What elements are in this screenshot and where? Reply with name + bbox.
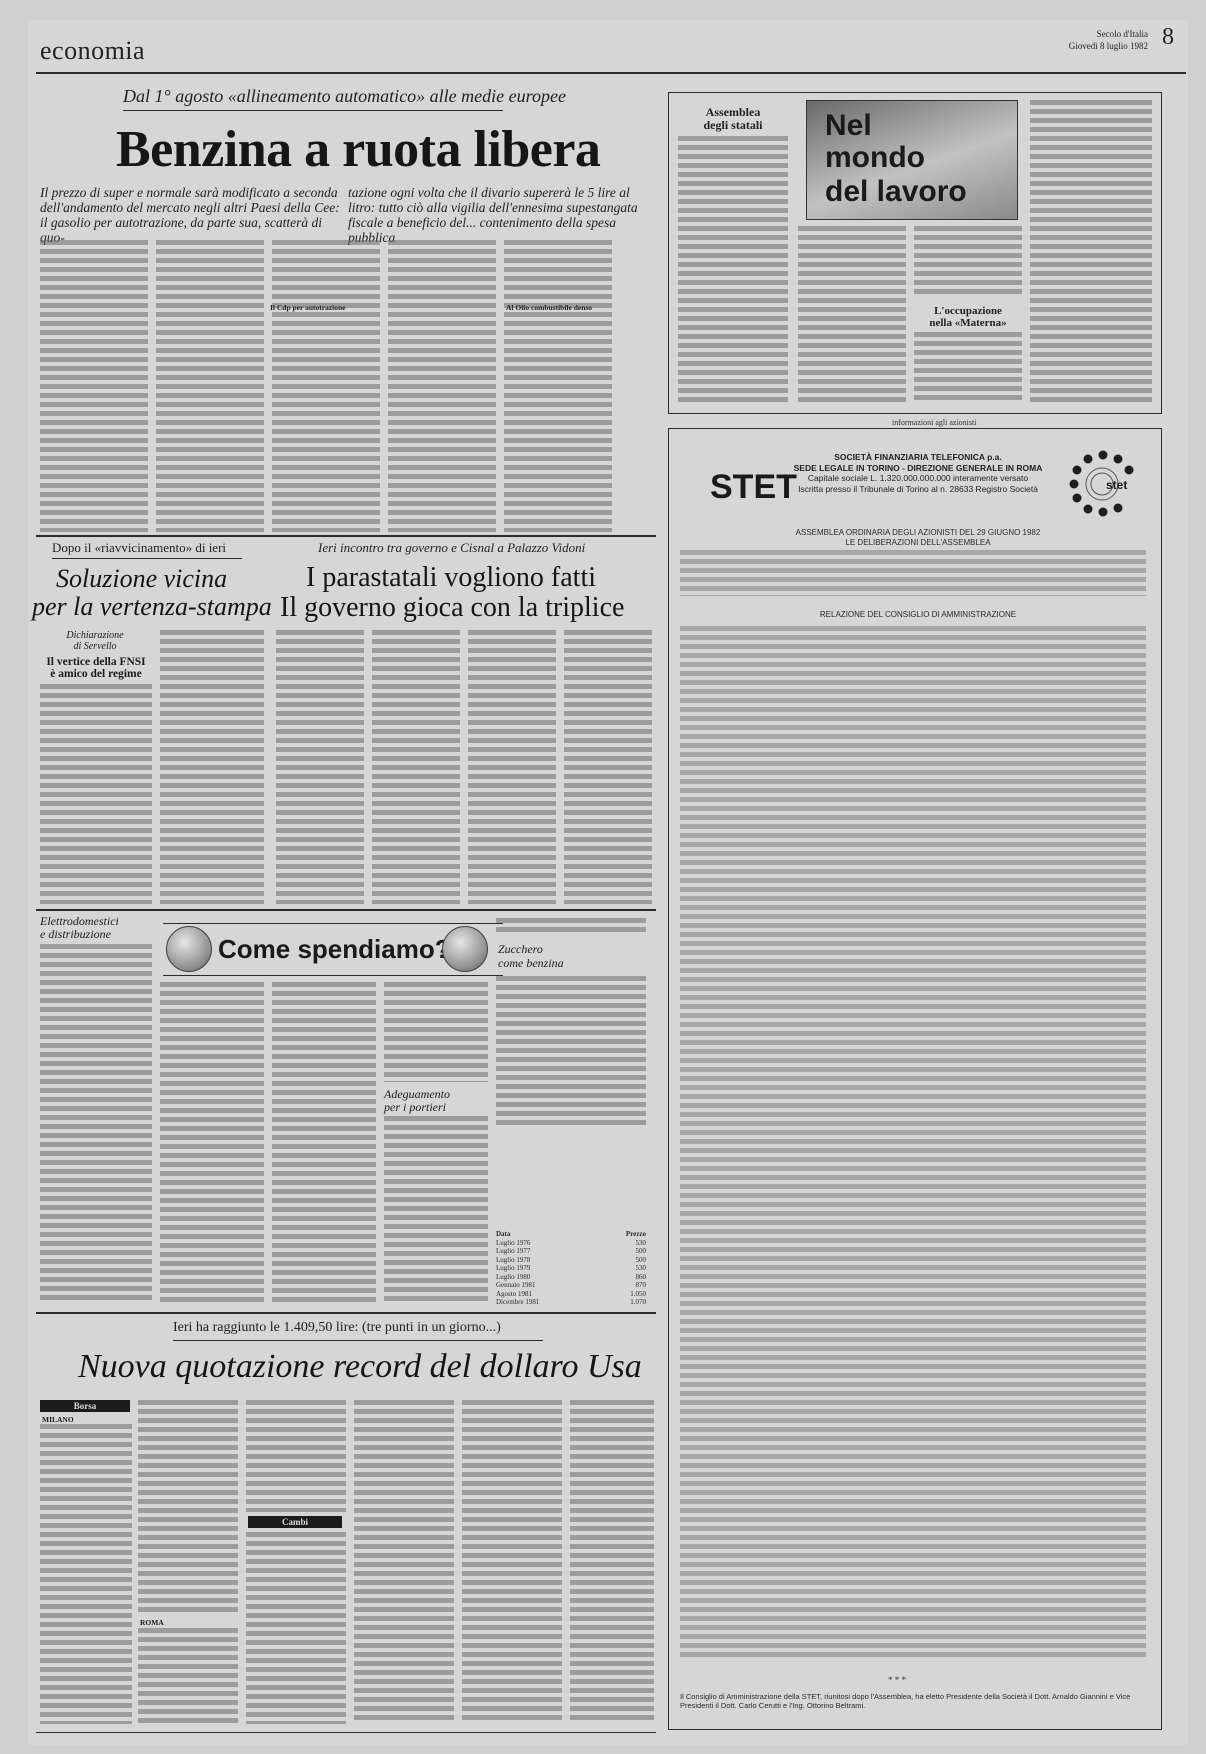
- feature-logo-image: Nel mondo del lavoro: [806, 100, 1018, 220]
- table-row: Agosto 19811.050: [496, 1290, 646, 1299]
- dollar-column-3a: [246, 1400, 346, 1512]
- press-headline-1: Soluzione vicina: [56, 564, 227, 594]
- press-headline-2: per la vertenza-stampa: [32, 592, 272, 622]
- parastatali-column-1: [276, 630, 364, 904]
- table-row: Dicembre 19811.070: [496, 1298, 646, 1307]
- labour-column-2: [798, 226, 906, 404]
- spending-title-rule-bottom: [163, 975, 503, 976]
- table-header: Data Prezzo: [496, 1230, 646, 1239]
- spending-title-rule-top: [163, 923, 503, 924]
- parastatali-column-4: [564, 630, 652, 904]
- separator: * * *: [888, 1675, 906, 1685]
- spending-column-4a: [384, 982, 488, 1082]
- dial-emblem-icon: [1068, 448, 1138, 518]
- press-sub-kicker: Dichiarazione di Servello: [40, 630, 150, 652]
- press-kicker-rule: [52, 558, 242, 559]
- masthead-rule: [36, 72, 1186, 74]
- meeting-title: ASSEMBLEA ORDINARIA DEGLI AZIONISTI DEL …: [708, 528, 1128, 548]
- cambi-tag: Cambi: [248, 1516, 342, 1528]
- spending-subhead-portieri: Adeguamento per i portieri: [384, 1088, 488, 1114]
- spending-column-2: [160, 982, 264, 1304]
- lead-column-2: [156, 240, 264, 532]
- press-kicker: Dopo il «riavvicinamento» di ieri: [52, 540, 226, 556]
- dollar-column-4: [354, 1400, 454, 1724]
- dollar-column-1: [40, 1424, 132, 1724]
- coin-icon: [442, 926, 488, 972]
- table-row: Luglio 1978500: [496, 1256, 646, 1265]
- dollar-column-5: [462, 1400, 562, 1724]
- section-rule: [36, 909, 656, 911]
- roma-dateline: ROMA: [140, 1618, 164, 1627]
- dollar-column-6: [570, 1400, 654, 1724]
- spending-column-1: [40, 944, 152, 1304]
- parastatali-headline-2: Il governo gioca con la triplice: [280, 592, 624, 624]
- lead-column-1: [40, 240, 148, 532]
- dollar-column-2: [138, 1400, 238, 1612]
- labour-column-3: [914, 226, 1022, 296]
- table-row: Luglio 1979530: [496, 1264, 646, 1273]
- press-column-1: [40, 684, 152, 904]
- lead-subhead-left: Il prezzo di super e normale sarà modifi…: [40, 185, 340, 245]
- dollar-headline: Nuova quotazione record del dollaro Usa: [78, 1348, 642, 1386]
- spending-title: Come spendiamo?: [218, 934, 451, 965]
- page-number: 8: [1162, 24, 1174, 51]
- stet-header: SOCIETÀ FINANZIARIA TELEFONICA p.a. SEDE…: [788, 452, 1048, 494]
- bottom-rule: [36, 1732, 656, 1733]
- parastatali-kicker: Ieri incontro tra governo e Cisnal a Pal…: [318, 540, 585, 556]
- kicker-rule: [123, 110, 503, 111]
- lead-column-4: [388, 240, 496, 532]
- section-rule: [36, 535, 656, 537]
- newspaper-name: Secolo d'Italia: [1069, 28, 1148, 40]
- stet-logo: STET: [710, 468, 797, 507]
- spending-right-intro: [496, 918, 646, 936]
- lead-inline-subhead: Al Olio combustibile denso: [506, 303, 592, 312]
- feature-subhead: L'occupazione nella «Materna»: [914, 305, 1022, 329]
- press-column-2: [160, 630, 264, 904]
- spending-column-5: [496, 976, 646, 1126]
- milano-dateline: MILANO: [42, 1415, 74, 1424]
- lead-column-5: [504, 240, 612, 532]
- dollar-column-2b: [138, 1628, 238, 1724]
- lead-inline-subhead: Il Cdp per autotrazione: [270, 303, 346, 312]
- coin-icon: [166, 926, 212, 972]
- table-row: Gennaio 1981870: [496, 1281, 646, 1290]
- report-title: RELAZIONE DEL CONSIGLIO DI AMMINISTRAZIO…: [708, 610, 1128, 619]
- spending-column-3: [272, 982, 376, 1304]
- borsa-tag: Borsa: [40, 1400, 130, 1412]
- spending-column-4b: [384, 1116, 488, 1304]
- report-body-text: [680, 626, 1146, 1660]
- stet-footer: Il Consiglio di Amministrazione della ST…: [680, 1692, 1146, 1710]
- sugar-price-table: Data Prezzo Luglio 1976530 Luglio 197750…: [496, 1230, 646, 1307]
- lead-headline: Benzina a ruota libera: [116, 120, 600, 179]
- parastatali-headline-1: I parastatali vogliono fatti: [306, 562, 596, 594]
- dollar-kicker: Ieri ha raggiunto le 1.409,50 lire: (tre…: [173, 1320, 501, 1336]
- section-rule: [36, 1312, 656, 1314]
- labour-column-4: [1030, 100, 1152, 404]
- section-name: economia: [40, 36, 145, 66]
- parastatali-column-3: [468, 630, 556, 904]
- press-lead: Il vertice della FNSI è amico del regime: [40, 656, 152, 680]
- masthead-meta: Secolo d'Italia Giovedì 8 luglio 1982: [1069, 28, 1148, 52]
- sidebar-box-title: Assemblea degli statali: [678, 106, 788, 132]
- sidebar-box-text: [678, 136, 788, 404]
- table-row: Luglio 1976530: [496, 1239, 646, 1248]
- lead-subhead-right: tazione ogni volta che il divario supere…: [348, 185, 648, 245]
- dollar-column-3b: [246, 1532, 346, 1724]
- lead-column-3: [272, 240, 380, 532]
- table-row: Luglio 1980860: [496, 1273, 646, 1282]
- stet-emblem: stet: [1068, 448, 1138, 518]
- issue-date: Giovedì 8 luglio 1982: [1069, 40, 1148, 52]
- notice-label: informazioni agli azionisti: [888, 418, 980, 427]
- spending-subhead-zucchero: Zucchero come benzina: [498, 942, 564, 970]
- lead-kicker: Dal 1° agosto «allineamento automatico» …: [123, 86, 566, 107]
- labour-column-3b: [914, 332, 1022, 404]
- spending-left-subhead: Elettrodomestici e distribuzione: [40, 915, 152, 941]
- newspaper-page: economia Secolo d'Italia Giovedì 8 lugli…: [28, 20, 1188, 1745]
- dollar-kicker-rule: [173, 1340, 543, 1341]
- meeting-resolutions-text: [680, 550, 1146, 596]
- table-row: Luglio 1977500: [496, 1247, 646, 1256]
- parastatali-column-2: [372, 630, 460, 904]
